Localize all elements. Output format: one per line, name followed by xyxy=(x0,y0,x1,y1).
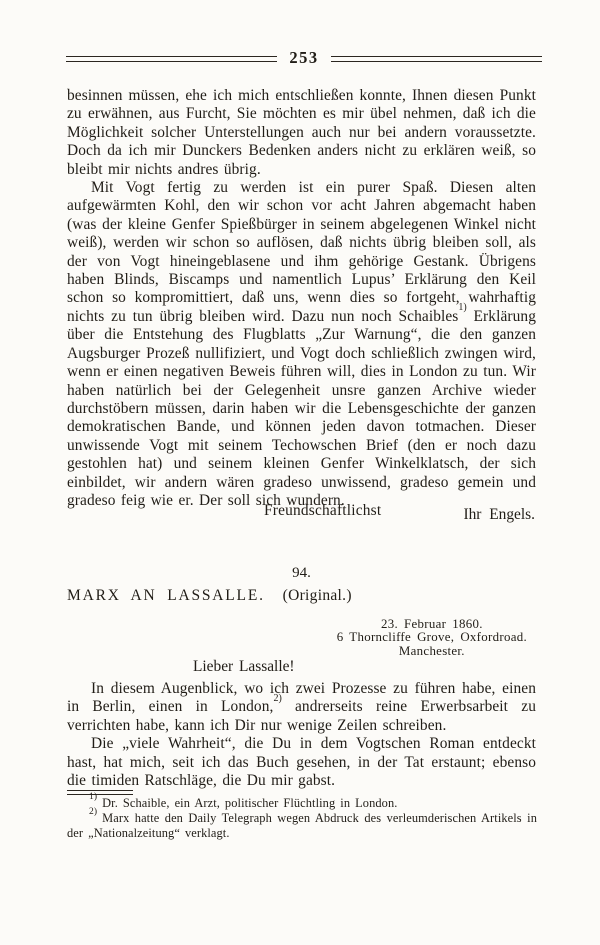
footnote-2: 2)Marx hatte den Daily Telegraph wegen A… xyxy=(67,811,537,841)
footnote-marker-2: 2) xyxy=(89,807,97,817)
header-rule-right xyxy=(331,56,542,62)
footnote-marker-1: 1) xyxy=(89,792,97,802)
closing-formula: Freundschaftlichst xyxy=(264,502,381,520)
section-number: 94. xyxy=(67,565,536,582)
dateline-address: 6 Thorncliffe Grove, Oxfordroad. xyxy=(337,631,527,644)
engels-letter-body: besinnen müssen, ehe ich mich entschließ… xyxy=(67,87,536,510)
dateline-city: Manchester. xyxy=(337,645,527,658)
letter-heading: MARX AN LASSALLE. (Original.) xyxy=(67,587,352,605)
dateline: 23. Februar 1860. 6 Thorncliffe Grove, O… xyxy=(337,618,527,658)
footnote-reference-2: 2) xyxy=(273,693,281,704)
footnote-text: Marx hatte den Daily Telegraph wegen Abd… xyxy=(67,811,537,840)
book-page: 253 besinnen müssen, ehe ich mich entsch… xyxy=(0,0,600,945)
footnotes-block: 1)Dr. Schaible, ein Arzt, politischer Fl… xyxy=(67,796,537,842)
marx-letter-body: In diesem Augenblick, wo ich zwei Prozes… xyxy=(67,680,536,790)
running-head: 253 xyxy=(66,49,542,69)
header-rule-left xyxy=(66,56,277,62)
dateline-date: 23. Februar 1860. xyxy=(337,618,527,631)
salutation: Lieber Lassalle! xyxy=(193,658,295,676)
signature: Ihr Engels. xyxy=(463,506,535,524)
footnote-text: Dr. Schaible, ein Arzt, politischer Flüc… xyxy=(102,796,397,810)
signature-row: Freundschaftlichst Ihr Engels. xyxy=(67,502,536,526)
footnote-separator-rule xyxy=(67,790,133,795)
letter-heading-title: MARX AN LASSALLE. xyxy=(67,587,265,604)
footnote-1: 1)Dr. Schaible, ein Arzt, politischer Fl… xyxy=(67,796,537,811)
footnote-reference-1: 1) xyxy=(458,302,466,313)
paragraph-continuation: besinnen müssen, ehe ich mich entschließ… xyxy=(67,87,536,179)
page-number: 253 xyxy=(277,48,330,68)
paragraph-text: besinnen müssen, ehe ich mich entschließ… xyxy=(67,87,536,178)
letter-heading-note: (Original.) xyxy=(283,587,352,604)
paragraph-prozesse: In diesem Augenblick, wo ich zwei Prozes… xyxy=(67,680,536,735)
paragraph-text: Erklärung über die Entstehung des Flugbl… xyxy=(67,308,536,509)
paragraph-vogt: Mit Vogt fertig zu werden ist ein purer … xyxy=(67,179,536,510)
paragraph-wahrheit: Die „viele Wahrheit“, die Du in dem Vogt… xyxy=(67,735,536,790)
